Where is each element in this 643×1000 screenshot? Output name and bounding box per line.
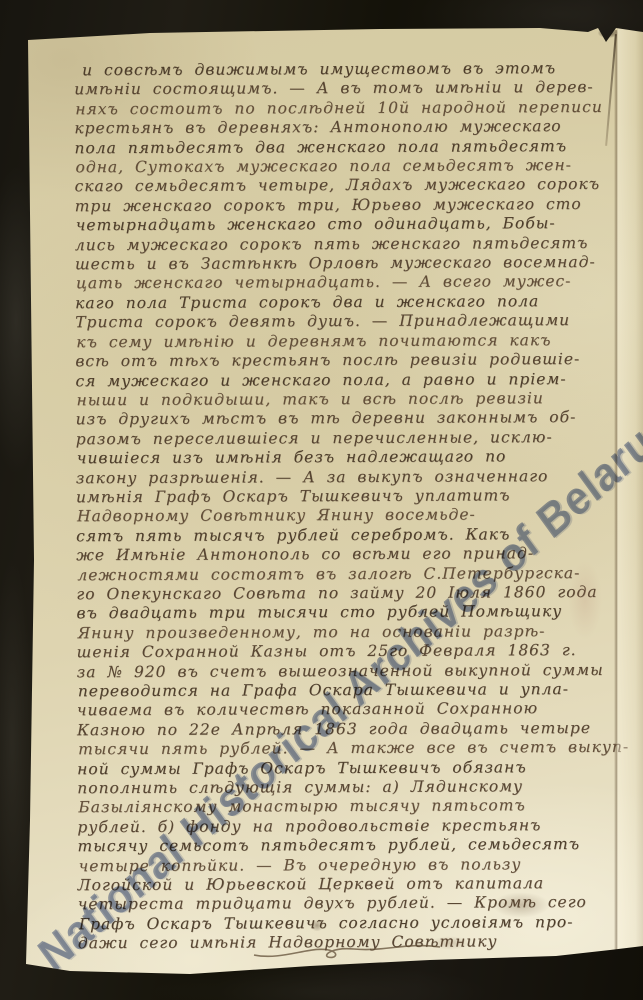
- manuscript-line: каго пола Триста сорокъ два и женскаго п…: [75, 292, 635, 314]
- manuscript-line: четыреста тридцати двухъ рублей. — Кромѣ…: [78, 893, 638, 915]
- manuscript-line: пополнить слѣдующія суммы: а) Лядинскому: [77, 777, 637, 799]
- manuscript-line: го Опекунскаго Совѣта по займу 20 Іюля 1…: [76, 583, 636, 605]
- manuscript-line: къ сему имѣнію и деревнямъ почитаются ка…: [76, 330, 635, 352]
- manuscript-line: одна, Сутокахъ мужескаго пола семьдесятъ…: [75, 156, 634, 178]
- manuscript-line: скаго семьдесятъ четыре, Лядахъ мужескаг…: [75, 175, 635, 197]
- manuscript-line: ныши и подкидыши, такъ и всѣ послѣ ревиз…: [76, 389, 635, 411]
- manuscript-line: чившіеся изъ имѣнія безъ надлежащаго по: [77, 447, 636, 469]
- manuscript-line: крестьянъ въ деревняхъ: Антонополю мужес…: [74, 117, 634, 139]
- scan-background: и совсѣмъ движимымъ имуществомъ въ этомъ…: [0, 0, 643, 1000]
- manuscript-line: Триста сорокъ девять душъ. — Принадлежащ…: [75, 311, 635, 333]
- manuscript-line: три женскаго сорокъ три, Юрьево мужескаг…: [75, 195, 635, 217]
- manuscript-line: тысячи пять рублей. — А также все въ сче…: [78, 738, 637, 760]
- manuscript-line: имѣніи состоящимъ. — А въ томъ имѣніи и …: [74, 78, 634, 100]
- manuscript-line: ся мужескаго и женскаго пола, а равно и …: [75, 369, 635, 391]
- manuscript-line: разомъ переселившіеся и перечисленные, и…: [76, 427, 636, 449]
- stain: [310, 920, 324, 931]
- flourish-mark: [252, 938, 442, 964]
- manuscript-line: Графъ Оскаръ Тышкевичъ согласно условіям…: [79, 913, 638, 935]
- manuscript-line: ной суммы Графъ Оскаръ Тышкевичъ обязанъ: [77, 757, 637, 779]
- manuscript-line: Базыліянскому монастырю тысячу пятьсотъ: [78, 796, 637, 818]
- stain: [430, 936, 470, 950]
- manuscript-line: изъ другихъ мѣстъ въ тѣ деревни законным…: [76, 408, 636, 430]
- manuscript-line: въ двадцать три тысячи сто рублей Помѣщи…: [76, 602, 636, 624]
- manuscript-line: лежностями состоятъ въ залогѣ С.Петербур…: [77, 563, 636, 585]
- manuscript-line: четырнадцать женскаго сто одинадцать, Бо…: [76, 214, 635, 236]
- manuscript-line: шесть и въ Застѣнкѣ Орловѣ мужескаго вос…: [75, 253, 635, 275]
- manuscript-line: пола пятьдесятъ два женскаго пола пятьде…: [74, 136, 634, 158]
- manuscript-page: и совсѣмъ движимымъ имуществомъ въ этомъ…: [0, 0, 643, 1000]
- manuscript-line: Янину произведенному, то на основаніи ра…: [78, 622, 637, 644]
- stain: [568, 560, 602, 640]
- manuscript-line: и совсѣмъ движимымъ имуществомъ въ этомъ: [74, 59, 634, 81]
- manuscript-line: лись мужескаго сорокъ пять женскаго пять…: [75, 233, 635, 255]
- manuscript-line: няхъ состоитъ по послѣдней 10й народной …: [75, 98, 634, 120]
- stain: [492, 892, 550, 918]
- manuscript-line: цать женскаго четырнадцать. — А всего му…: [76, 272, 635, 294]
- manuscript-line: всѣ отъ тѣхъ крестьянъ послѣ ревизіи род…: [75, 350, 635, 372]
